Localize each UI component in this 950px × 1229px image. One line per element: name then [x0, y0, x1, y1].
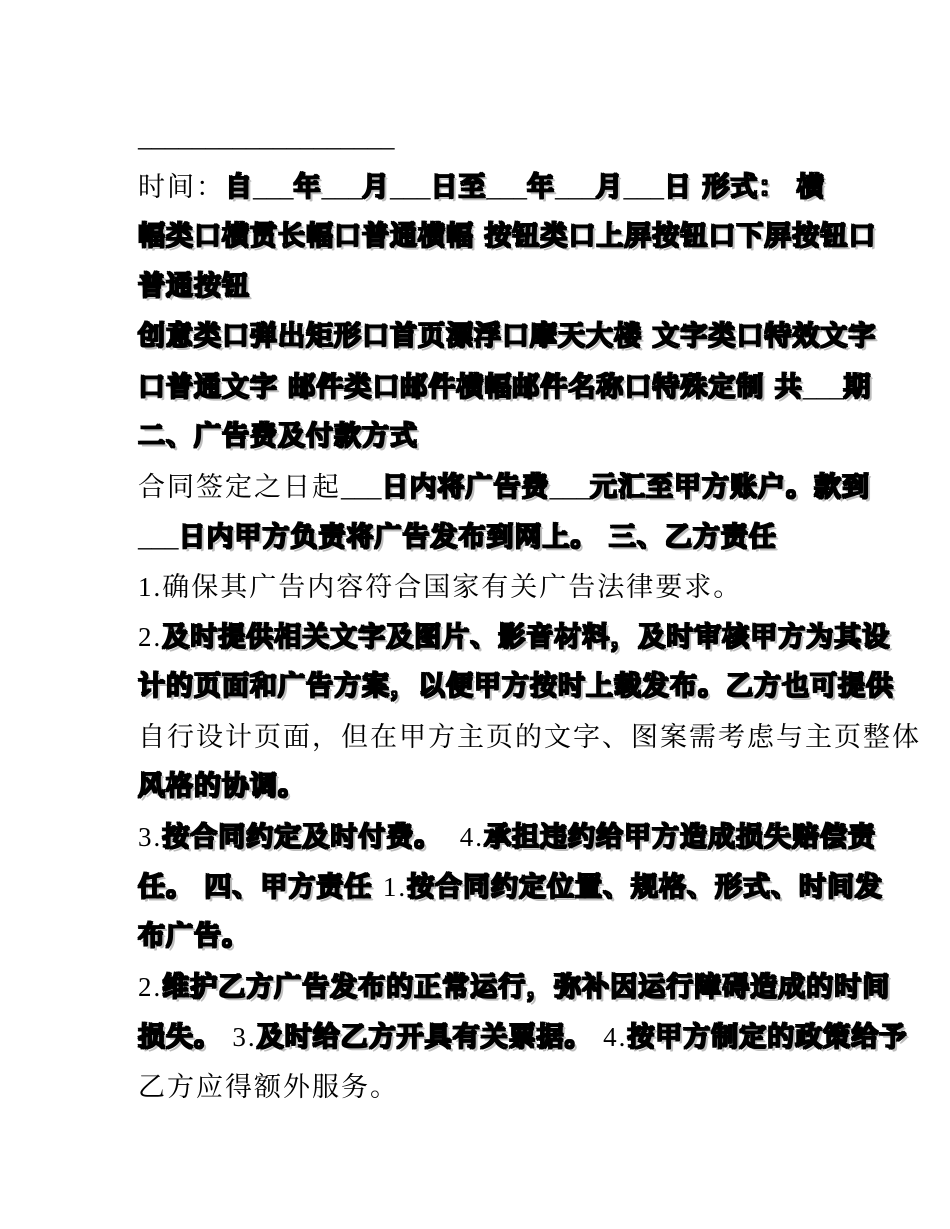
- text-line: ___日内甲方负责将广告发布到网上。 三、乙方责任: [138, 512, 838, 562]
- text-line: ___________________: [138, 112, 838, 162]
- text-segment: 计的页面和广告方案，以便甲方按时上载发布。乙方也可提供: [138, 671, 894, 702]
- text-segment: 日内将广告费: [382, 472, 550, 503]
- text-segment: 幅类口横贯长幅口普通横幅 按钮类口上屏按钮口下屏按钮口: [138, 221, 876, 252]
- text-line: 任。 四、甲方责任 1.按合同约定位置、规格、形式、时间发: [138, 862, 838, 912]
- text-segment: 口普通文字 邮件类口邮件横幅邮件名称口特殊定制 共: [138, 372, 803, 403]
- text-segment: 创意类口弹出矩形口首页漂浮口摩天大楼 文字类口特效文字: [138, 321, 876, 352]
- text-segment: 损失。: [138, 1022, 232, 1053]
- blank-underscore-field: ___: [390, 172, 431, 202]
- blank-underscore-field: ___: [550, 472, 591, 502]
- text-line: 3.按合同约定及时付费。 4.承担违约给甲方造成损失赔偿责: [138, 812, 838, 862]
- text-line: 普通按钮: [138, 262, 838, 312]
- blank-underscore-field: ___: [487, 172, 528, 202]
- text-segment: 普通按钮: [138, 271, 250, 302]
- text-line: 2.维护乙方广告发布的正常运行，弥补因运行障碍造成的时间: [138, 962, 838, 1012]
- text-segment: 及时提供相关文字及图片、影音材料，及时审核甲方为其设: [162, 622, 890, 653]
- blank-underscore-field: ___: [803, 372, 844, 402]
- blank-underscore-field: ___: [624, 172, 665, 202]
- text-segment: 按合同约定位置、规格、形式、时间发: [407, 872, 883, 903]
- text-line: 幅类口横贯长幅口普通横幅 按钮类口上屏按钮口下屏按钮口: [138, 212, 838, 262]
- text-line: 时间：自___年___月___日至___年___月___日 形式： 横: [138, 162, 838, 212]
- text-line: 合同签定之日起___日内将广告费___元汇至甲方账户。款到: [138, 462, 838, 512]
- text-segment: 时间：: [138, 172, 225, 202]
- text-segment: 4.: [442, 822, 484, 852]
- text-segment: 日至: [431, 172, 487, 203]
- blank-underscore-field: ___: [253, 172, 294, 202]
- text-segment: 按甲方制定的政策给予: [627, 1022, 907, 1053]
- text-segment: 年: [294, 172, 322, 203]
- document-body: ___________________时间：自___年___月___日至___年…: [138, 112, 838, 1112]
- text-segment: 期: [843, 372, 871, 403]
- text-segment: 维护乙方广告发布的正常运行，弥补因运行障碍造成的时间: [162, 972, 890, 1003]
- text-line: 创意类口弹出矩形口首页漂浮口摩天大楼 文字类口特效文字: [138, 312, 838, 362]
- text-line: 二、广告费及付款方式: [138, 412, 838, 462]
- text-segment: 按合同约定及时付费。: [162, 822, 442, 853]
- text-segment: 1.确保其广告内容符合国家有关广告法律要求。: [138, 572, 742, 602]
- text-segment: 2.: [138, 972, 162, 1002]
- text-segment: 及时给乙方开具有关票据。: [257, 1022, 603, 1053]
- text-line: 2.及时提供相关文字及图片、影音材料，及时审核甲方为其设: [138, 612, 838, 662]
- text-segment: 3.: [138, 822, 162, 852]
- text-line: 1.确保其广告内容符合国家有关广告法律要求。: [138, 562, 838, 612]
- text-segment: 月: [596, 172, 624, 203]
- text-segment: 合同签定之日起: [138, 472, 341, 502]
- text-segment: 二、广告费及付款方式: [138, 421, 418, 452]
- text-line: 乙方应得额外服务。: [138, 1062, 838, 1112]
- blank-underscore-field: ___________________: [138, 122, 395, 152]
- text-line: 口普通文字 邮件类口邮件横幅邮件名称口特殊定制 共___期: [138, 362, 838, 412]
- text-line: 计的页面和广告方案，以便甲方按时上载发布。乙方也可提供: [138, 662, 838, 712]
- text-line: 风格的协调。: [138, 762, 838, 812]
- blank-underscore-field: ___: [555, 172, 596, 202]
- blank-underscore-field: ___: [341, 472, 382, 502]
- text-line: 自行设计页面，但在甲方主页的文字、图案需考虑与主页整体: [138, 712, 838, 762]
- text-segment: 2.: [138, 622, 162, 652]
- text-segment: 乙方应得额外服务。: [138, 1072, 399, 1102]
- text-segment: 4.: [603, 1022, 627, 1052]
- text-segment: 月: [362, 172, 390, 203]
- text-segment: 自行设计页面，但在甲方主页的文字、图案需考虑与主页整体: [138, 722, 921, 752]
- text-segment: 日内甲方负责将广告发布到网上。 三、乙方责任: [179, 522, 777, 553]
- text-segment: 3.: [232, 1022, 256, 1052]
- text-segment: 任。 四、甲方责任: [138, 872, 383, 903]
- text-segment: 风格的协调。: [138, 771, 306, 802]
- text-segment: 元汇至甲方账户。款到: [590, 472, 870, 503]
- text-line: 损失。 3.及时给乙方开具有关票据。 4.按甲方制定的政策给予: [138, 1012, 838, 1062]
- text-segment: 承担违约给甲方造成损失赔偿责: [484, 822, 876, 853]
- contract-document-page: ___________________时间：自___年___月___日至___年…: [0, 0, 950, 1229]
- text-segment: 布广告。: [138, 921, 250, 952]
- blank-underscore-field: ___: [322, 172, 363, 202]
- text-segment: 1.: [383, 872, 407, 902]
- text-line: 布广告。: [138, 912, 838, 962]
- text-segment: 年: [527, 172, 555, 203]
- text-segment: 日 形式： 横: [664, 172, 825, 203]
- text-segment: 自: [225, 172, 253, 203]
- blank-underscore-field: ___: [138, 522, 179, 552]
